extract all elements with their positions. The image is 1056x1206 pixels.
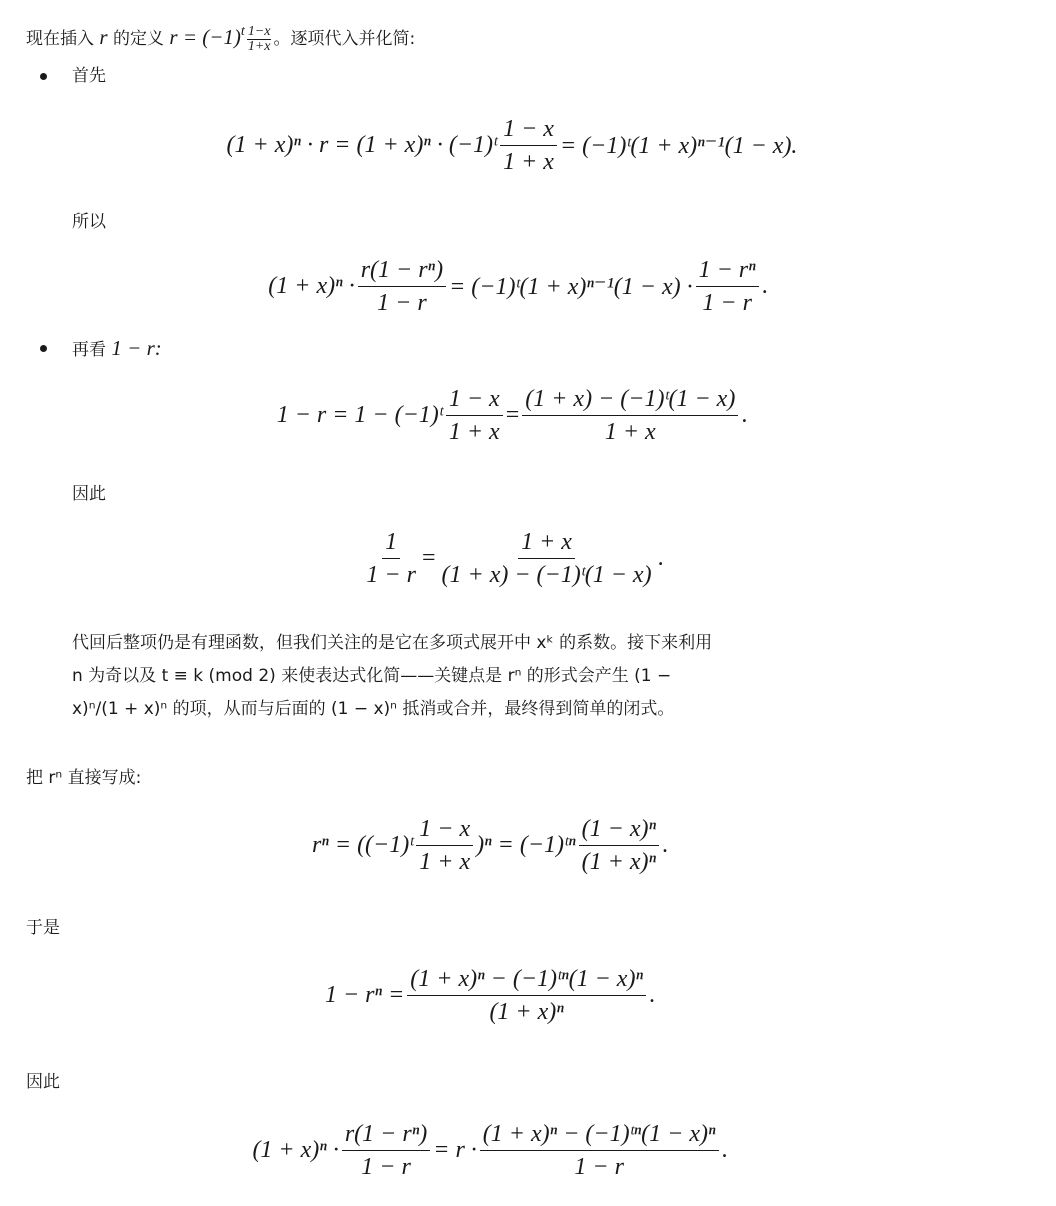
eq2-lhs: (1 + x)ⁿ · — [268, 273, 354, 300]
eq6-den: (1 + x)ⁿ — [486, 996, 566, 1026]
rn-label: 把 rⁿ 直接写成: — [26, 766, 141, 790]
eq4-eq: = — [422, 545, 436, 572]
eq5-den2: (1 + x)ⁿ — [579, 846, 659, 876]
eq2-mid: = (−1)ᵗ(1 + x)ⁿ⁻¹(1 − x) · — [449, 272, 693, 301]
eq5-end: . — [662, 832, 668, 859]
bullet1-label: 首先 — [72, 64, 106, 88]
eq7-num1: r(1 − rⁿ) — [342, 1120, 430, 1151]
eq6-lhs: 1 − rⁿ = — [325, 982, 404, 1009]
eq3-end: . — [741, 402, 747, 429]
intro-def-num: 1−x — [247, 25, 272, 40]
equation-7: (1 + x)ⁿ · r(1 − rⁿ)1 − r = r · (1 + x)ⁿ… — [0, 1120, 990, 1181]
eq3-lhs: 1 − r = 1 − (−1)ᵗ — [277, 402, 443, 429]
eq7-mid: = r · — [433, 1137, 477, 1164]
then-label: 于是 — [26, 916, 60, 940]
bullet2-line: 再看 1 − r: — [72, 336, 162, 362]
eq2-fraction-2: 1 − rⁿ1 − r — [696, 256, 759, 317]
eq1-lhs: (1 + x)ⁿ · r = (1 + x)ⁿ · (−1)ᵗ — [227, 132, 498, 159]
eq3-den1: 1 + x — [446, 416, 503, 446]
eq5-lhs: rⁿ = ((−1)ᵗ — [312, 832, 413, 859]
document-page: 现在插入 r 的定义 r = (−1)t1−x1+x。逐项代入并化简: 首先 (… — [0, 0, 1056, 1206]
intro-text-after: 。逐项代入并化简: — [273, 29, 415, 49]
equation-1: (1 + x)ⁿ · r = (1 + x)ⁿ · (−1)ᵗ 1 − x1 +… — [12, 115, 1012, 176]
intro-text-before: 现在插入 — [26, 29, 94, 49]
eq5-num1: 1 − x — [416, 815, 473, 846]
eq2-end: . — [762, 273, 768, 300]
eq4-den1: 1 − r — [363, 559, 419, 589]
bullet-dot-2 — [40, 345, 47, 352]
intro-def-lhs: r = (−1) — [169, 25, 241, 49]
eq5-den1: 1 + x — [416, 846, 473, 876]
equation-5: rⁿ = ((−1)ᵗ 1 − x1 + x )ⁿ = (−1)ᵗⁿ (1 − … — [0, 815, 990, 876]
eq4-fraction-1: 11 − r — [363, 528, 419, 589]
eq7-end: . — [722, 1137, 728, 1164]
bullet2-label: 再看 — [72, 340, 106, 360]
equation-6: 1 − rⁿ = (1 + x)ⁿ − (−1)ᵗⁿ(1 − x)ⁿ(1 + x… — [0, 965, 990, 1026]
intro-text-mid: 的定义 — [113, 29, 164, 49]
equation-4: 11 − r = 1 + x(1 + x) − (−1)ᵗ(1 − x). — [12, 528, 1012, 589]
eq3-eq: = — [506, 402, 520, 429]
eq3-num1: 1 − x — [446, 385, 503, 416]
eq4-fraction-2: 1 + x(1 + x) − (−1)ᵗ(1 − x) — [439, 528, 655, 589]
paragraph-line-3: x)ⁿ/(1 + x)ⁿ 的项，从而与后面的 (1 − x)ⁿ 抵消或合并，最终… — [72, 693, 952, 726]
intro-def-den: 1+x — [247, 40, 272, 54]
eq7-fraction-2: (1 + x)ⁿ − (−1)ᵗⁿ(1 − x)ⁿ1 − r — [480, 1120, 719, 1181]
eq4-end: . — [658, 545, 664, 572]
eq1-fraction: 1 − x1 + x — [500, 115, 557, 176]
eq5-num2: (1 − x)ⁿ — [579, 815, 659, 846]
eq7-lhs: (1 + x)ⁿ · — [252, 1137, 338, 1164]
eq3-num2: (1 + x) − (−1)ᵗ(1 − x) — [522, 385, 738, 416]
bullet-dot-1 — [40, 73, 47, 80]
hence-label: 因此 — [72, 482, 106, 506]
eq6-num: (1 + x)ⁿ − (−1)ᵗⁿ(1 − x)ⁿ — [407, 965, 646, 996]
intro-def-sup: t — [241, 24, 245, 39]
eq2-num2: 1 − rⁿ — [696, 256, 759, 287]
therefore-label: 因此 — [26, 1070, 60, 1094]
eq2-den1: 1 − r — [374, 287, 430, 317]
eq5-fraction-1: 1 − x1 + x — [416, 815, 473, 876]
eq7-den1: 1 − r — [358, 1151, 414, 1181]
eq4-num2: 1 + x — [518, 528, 575, 559]
paragraph-line-2: n 为奇以及 t ≡ k (mod 2) 来使表达式化简——关键点是 rⁿ 的形… — [72, 660, 952, 693]
eq7-fraction-1: r(1 − rⁿ)1 − r — [342, 1120, 430, 1181]
eq7-num2: (1 + x)ⁿ − (−1)ᵗⁿ(1 − x)ⁿ — [480, 1120, 719, 1151]
eq4-den2: (1 + x) − (−1)ᵗ(1 − x) — [439, 559, 655, 589]
equation-2: (1 + x)ⁿ · r(1 − rⁿ)1 − r = (−1)ᵗ(1 + x)… — [18, 256, 1018, 317]
so-label: 所以 — [72, 210, 106, 234]
intro-var-r: r — [99, 25, 107, 49]
eq6-end: . — [649, 982, 655, 1009]
eq1-num: 1 − x — [500, 115, 557, 146]
eq3-den2: 1 + x — [602, 416, 659, 446]
eq2-fraction-1: r(1 − rⁿ)1 − r — [358, 256, 446, 317]
intro-line: 现在插入 r 的定义 r = (−1)t1−x1+x。逐项代入并化简: — [26, 20, 415, 54]
eq7-den2: 1 − r — [571, 1151, 627, 1181]
explanation-paragraph: 代回后整项仍是有理函数，但我们关注的是它在多项式展开中 xᵏ 的系数。接下来利用… — [72, 627, 952, 726]
eq5-mid: )ⁿ = (−1)ᵗⁿ — [476, 832, 576, 859]
eq6-fraction: (1 + x)ⁿ − (−1)ᵗⁿ(1 − x)ⁿ(1 + x)ⁿ — [407, 965, 646, 1026]
eq3-fraction-1: 1 − x1 + x — [446, 385, 503, 446]
eq2-den2: 1 − r — [699, 287, 755, 317]
equation-3: 1 − r = 1 − (−1)ᵗ 1 − x1 + x = (1 + x) −… — [12, 385, 1012, 446]
eq1-rhs: = (−1)ᵗ(1 + x)ⁿ⁻¹(1 − x). — [560, 131, 798, 160]
paragraph-line-1: 代回后整项仍是有理函数，但我们关注的是它在多项式展开中 xᵏ 的系数。接下来利用 — [72, 627, 952, 660]
eq2-num1: r(1 − rⁿ) — [358, 256, 446, 287]
intro-def-fraction: 1−x1+x — [247, 25, 272, 54]
eq4-num1: 1 — [382, 528, 400, 559]
bullet2-expr: 1 − r: — [111, 336, 161, 360]
eq3-fraction-2: (1 + x) − (−1)ᵗ(1 − x)1 + x — [522, 385, 738, 446]
eq1-den: 1 + x — [500, 146, 557, 176]
eq5-fraction-2: (1 − x)ⁿ(1 + x)ⁿ — [579, 815, 659, 876]
